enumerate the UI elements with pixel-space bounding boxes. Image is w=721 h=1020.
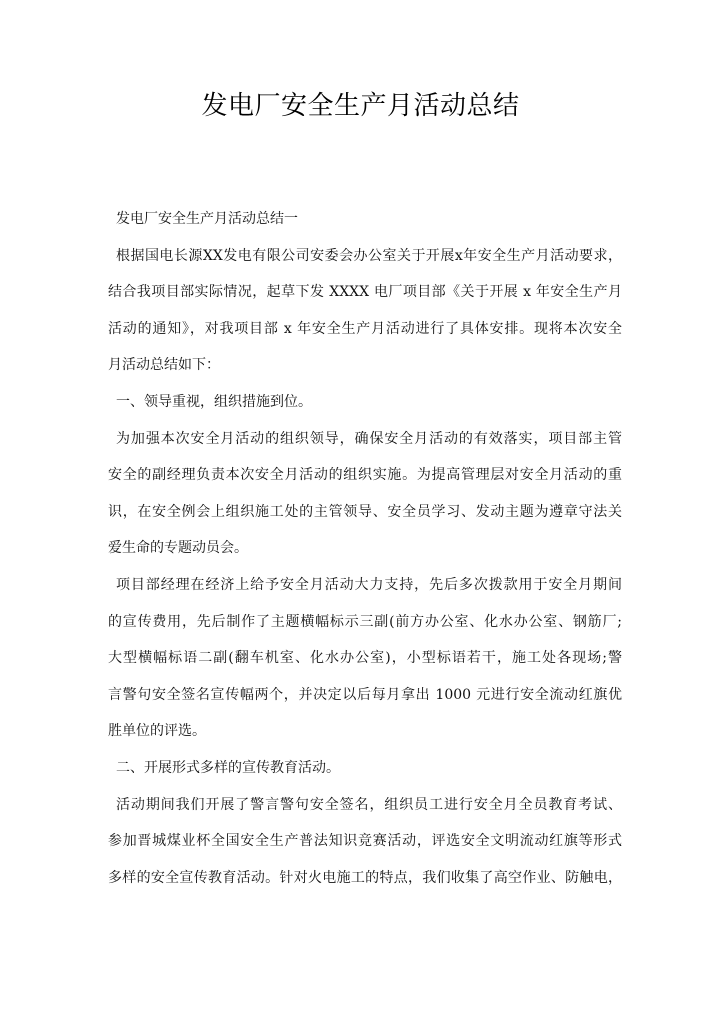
paragraph-line: 爱生命的专题动员会。 (108, 530, 622, 567)
section-heading: 发电厂安全生产月活动总结一 (108, 201, 622, 238)
paragraph-line: 多样的安全宣传教育活动。针对火电施工的特点，我们收集了高空作业、防触电， (108, 860, 622, 897)
paragraph-line: 为加强本次安全月活动的组织领导，确保安全月活动的有效落实，项目部主管 (108, 421, 622, 458)
paragraph-line: 参加晋城煤业杯全国安全生产普法知识竞赛活动，评选安全文明流动红旗等形式 (108, 823, 622, 860)
paragraph-line: 大型横幅标语二副(翻车机室、化水办公室)，小型标语若干，施工处各现场;警 (108, 640, 622, 677)
document-title: 发电厂安全生产月活动总结 (0, 86, 721, 126)
paragraph-line: 胜单位的评选。 (108, 713, 622, 750)
section-heading: 一、领导重视，组织措施到位。 (108, 384, 622, 421)
paragraph-line: 识，在安全例会上组织施工处的主管领导、安全员学习、发动主题为遵章守法关 (108, 494, 622, 531)
paragraph-line: 活动的通知》，对我项目部 x 年安全生产月活动进行了具体安排。现将本次安全 (108, 311, 622, 348)
paragraph-line: 结合我项目部实际情况，起草下发 XXXX 电厂项目部《关于开展 x 年安全生产月 (108, 274, 622, 311)
section-heading: 二、开展形式多样的宣传教育活动。 (108, 750, 622, 787)
paragraph-line: 项目部经理在经济上给予安全月活动大力支持，先后多次拨款用于安全月期间 (108, 567, 622, 604)
paragraph-line: 言警句安全签名宣传幅两个，并决定以后每月拿出 1000 元进行安全流动红旗优 (108, 677, 622, 714)
paragraph-line: 活动期间我们开展了警言警句安全签名，组织员工进行安全月全员教育考试、 (108, 787, 622, 824)
paragraph-line: 安全的副经理负责本次安全月活动的组织实施。为提高管理层对安全月活动的重 (108, 457, 622, 494)
paragraph-line: 的宣传费用，先后制作了主题横幅标示三副(前方办公室、化水办公室、钢筋厂; (108, 604, 622, 641)
document-body: 发电厂安全生产月活动总结一 根据国电长源XX发电有限公司安委会办公室关于开展x年… (108, 201, 622, 896)
paragraph-line: 根据国电长源XX发电有限公司安委会办公室关于开展x年安全生产月活动要求， (108, 238, 622, 275)
paragraph-line: 月活动总结如下： (108, 347, 622, 384)
